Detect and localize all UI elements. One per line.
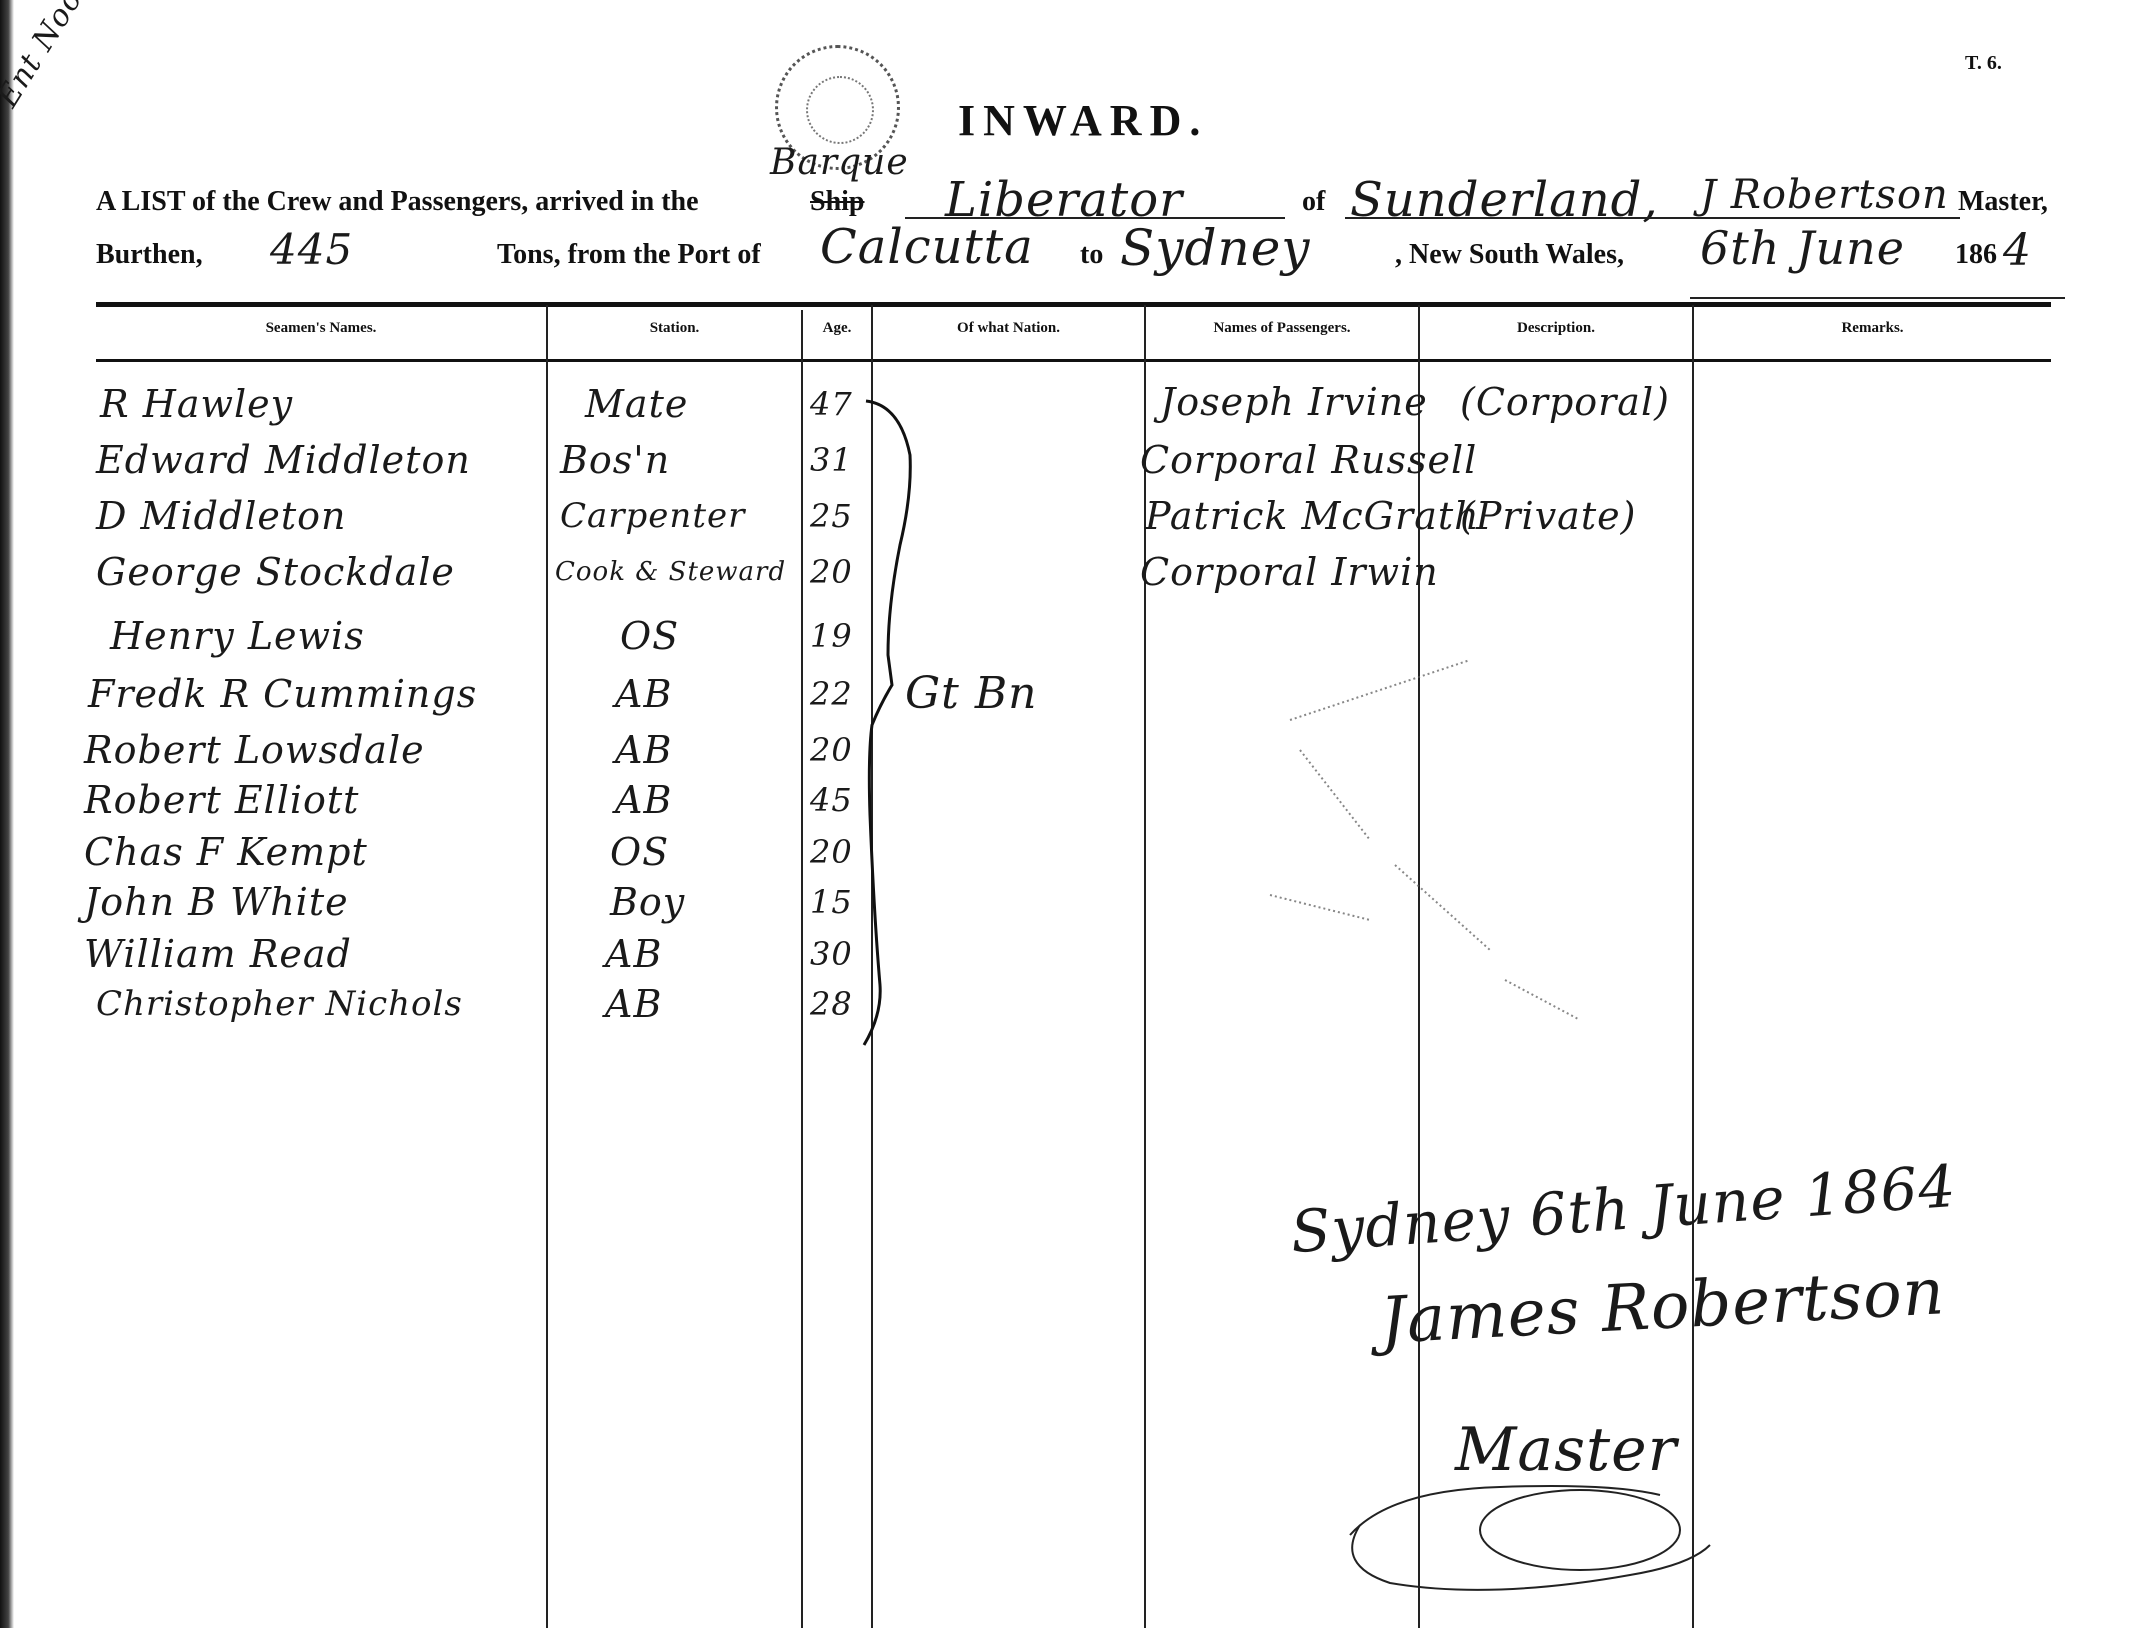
seaman-age: 20 [810, 728, 853, 772]
list-intro-text: A LIST of the Crew and Passengers, arriv… [96, 186, 699, 218]
seaman-name: Robert Elliott [84, 778, 359, 822]
burthen-label: Burthen, [96, 239, 203, 271]
seaman-station: AB [615, 672, 672, 716]
seaman-age: 15 [810, 880, 853, 924]
header-line-2: Burthen, 445 Tons, from the Port of Calc… [0, 225, 2132, 285]
tons-value-field: 445 [270, 225, 353, 274]
passenger-description: (Corporal) [1460, 380, 1670, 424]
crew-row: R Hawley Mate 47 [0, 382, 880, 438]
seaman-name: D Middleton [96, 494, 347, 538]
seaman-name: William Read [84, 932, 352, 976]
seaman-age: 20 [810, 830, 853, 874]
seaman-age: 19 [810, 614, 853, 658]
seaman-name: Fredk R Cummings [88, 672, 477, 716]
seaman-name: R Hawley [100, 382, 293, 426]
colony-label: , New South Wales, [1395, 239, 1624, 271]
seaman-age: 47 [810, 382, 853, 426]
column-header-description: Description. [1420, 320, 1692, 337]
passenger-row: Joseph Irvine (Corporal) [1150, 380, 1710, 436]
of-label: of [1302, 186, 1325, 218]
crew-row: George Stockdale Cook & Steward 20 [0, 550, 880, 606]
year-written: 4 [2003, 225, 2032, 276]
header-line-1: A LIST of the Crew and Passengers, arriv… [0, 150, 2132, 220]
passenger-row: Patrick McGrath (Private) [1145, 494, 1705, 550]
seaman-station: Boy [610, 880, 685, 924]
column-header-nation: Of what Nation. [873, 320, 1144, 337]
seaman-age: 20 [810, 550, 853, 594]
form-code: T. 6. [1965, 52, 2002, 75]
passenger-name: Corporal Irwin [1140, 550, 1439, 594]
seaman-station: Mate [585, 382, 688, 426]
master-name-field: J Robertson [1700, 172, 1949, 218]
seaman-station: OS [610, 830, 669, 874]
crew-row: Edward Middleton Bos'n 31 [0, 438, 880, 494]
crew-row: D Middleton Carpenter 25 [0, 494, 880, 550]
crew-row: William Read AB 30 [0, 932, 880, 988]
passenger-name: Patrick McGrath [1145, 494, 1480, 538]
seaman-name: Robert Lowsdale [84, 728, 425, 772]
tons-from-label: Tons, from the Port of [497, 239, 761, 271]
crew-row: Chas F Kempt OS 20 [0, 830, 880, 886]
from-port-field: Calcutta [820, 219, 1034, 275]
passenger-description: (Private) [1460, 494, 1636, 538]
signature-flourish-icon [1330, 1465, 1750, 1595]
column-header-station: Station. [548, 320, 801, 337]
seaman-station: Bos'n [560, 438, 670, 482]
seaman-station: AB [605, 982, 662, 1026]
table-top-rule [96, 302, 2051, 307]
seaman-name: John B White [84, 880, 349, 924]
passenger-row: Corporal Irwin [1140, 550, 1700, 606]
seaman-age: 22 [810, 672, 853, 716]
seaman-name: Chas F Kempt [84, 830, 368, 874]
vessel-type-field: Barque [770, 142, 909, 183]
table-header-bottom-rule [96, 359, 2051, 362]
seaman-age: 28 [810, 982, 853, 1026]
passenger-name: Joseph Irvine [1160, 380, 1428, 424]
master-label: Master, [1958, 186, 2048, 218]
crew-row: Robert Elliott AB 45 [0, 778, 880, 834]
arrival-date-field: 6th June [1700, 221, 1905, 275]
port-underline [1345, 217, 1960, 219]
column-header-age: Age. [803, 320, 871, 337]
seaman-age: 31 [810, 438, 853, 482]
date-underline [1690, 297, 2065, 299]
column-header-passengers: Names of Passengers. [1146, 320, 1418, 337]
home-port-field: Sunderland, [1350, 172, 1659, 228]
to-label: to [1080, 239, 1103, 271]
to-port-field: Sydney [1120, 219, 1311, 277]
seaman-name: Henry Lewis [110, 614, 365, 658]
seaman-name: Edward Middleton [96, 438, 471, 482]
ink-smudge-marks [1260, 640, 1720, 1020]
crew-row: John B White Boy 15 [0, 880, 880, 936]
seaman-station: AB [615, 778, 672, 822]
column-header-seamen: Seamen's Names. [96, 320, 546, 337]
seaman-age: 30 [810, 932, 853, 976]
margin-annotation: Ent Noon 7-6 W.M. Morris [0, 0, 244, 114]
passenger-name: Corporal Russell [1140, 438, 1477, 482]
page-title: INWARD. [958, 95, 1208, 146]
passenger-row: Corporal Russell [1140, 438, 1700, 494]
crew-row: Fredk R Cummings AB 22 [0, 672, 880, 728]
year-printed: 186 [1955, 239, 1997, 271]
seaman-name: Christopher Nichols [96, 982, 463, 1026]
seaman-name: George Stockdale [96, 550, 455, 594]
signature-signer: James Robertson [1378, 1255, 1946, 1358]
seaman-station: AB [605, 932, 662, 976]
signature-place-date: Sydney 6th June 1864 [1288, 1152, 1958, 1266]
seaman-station: AB [615, 728, 672, 772]
crew-row: Robert Lowsdale AB 20 [0, 728, 880, 784]
nation-bracket-icon [860, 395, 920, 1055]
vessel-type-struck: Ship [810, 186, 865, 218]
seaman-age: 25 [810, 494, 853, 538]
seaman-station: Cook & Steward [555, 550, 786, 594]
nation-value: Gt Bn [905, 668, 1038, 719]
crew-row: Christopher Nichols AB 28 [0, 982, 880, 1038]
seaman-station: Carpenter [560, 494, 745, 538]
seaman-station: OS [620, 614, 679, 658]
column-header-remarks: Remarks. [1694, 320, 2051, 337]
seaman-age: 45 [810, 778, 853, 822]
crew-row: Henry Lewis OS 19 [0, 614, 880, 670]
